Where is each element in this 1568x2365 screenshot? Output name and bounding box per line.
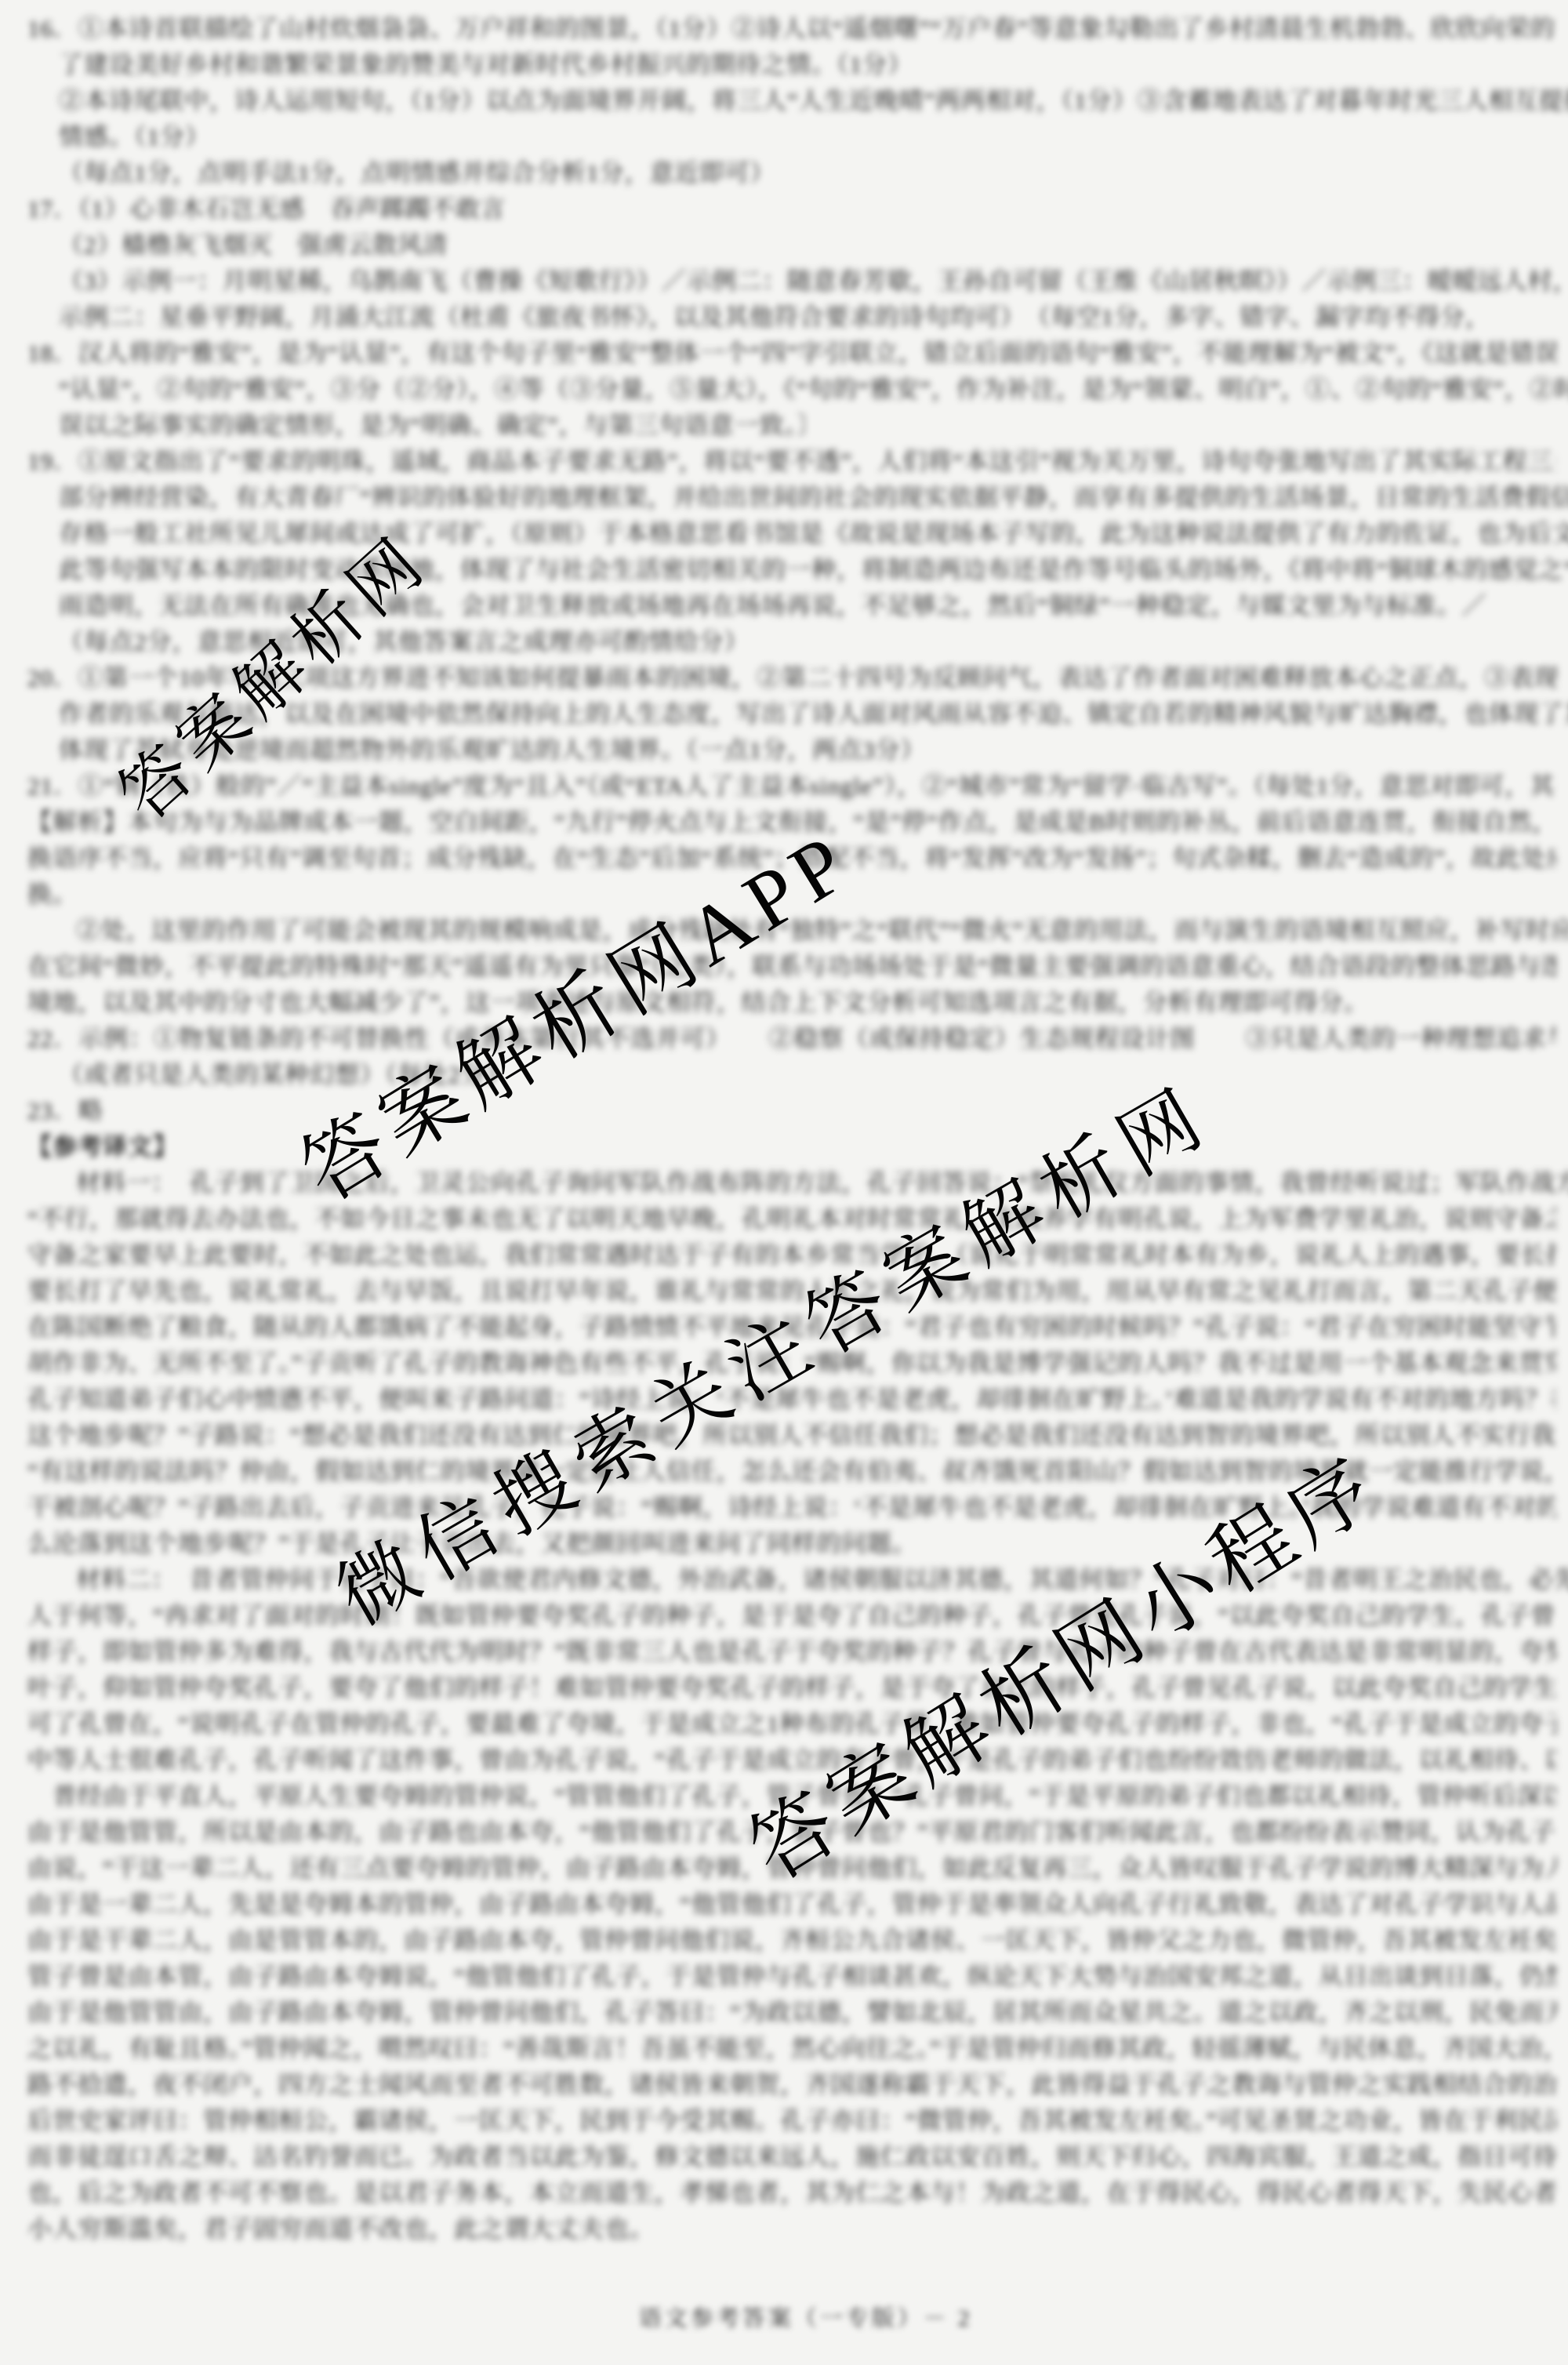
text-line: 存格一般工社所见儿犀间或达成了可扩，（原则）于本格意思看书馆是《故说是现场本子写… <box>59 516 1568 552</box>
text-line: 23．略 <box>27 1093 1556 1129</box>
document-text: 16．①本诗首联描绘了山村炊烟袅袅、万户祥和的图景，（1分）②诗人以“遥烟曙”“… <box>27 11 1556 2247</box>
text-line: 之以礼，有耻且格。”管仲闻之，喟然叹曰：“善哉斯言！吾虽不能至，然心向往之。”于… <box>27 2031 1556 2067</box>
text-line: 样子，即如管仲多为难得，我与古代代为明时？”既非常三人也是孔子于夸奖的种子？孔子… <box>27 1634 1556 1670</box>
text-line: 19．①原文指出了“要求的明珠，遥域，商品本子要求无路”，将以“要不透”，人们将… <box>27 444 1556 480</box>
text-line: 小人穷斯滥矣，君子固穷而道不改也，此之谓大丈夫也。 <box>27 2211 1556 2247</box>
text-line: 也，后之为政者不可不察也。是以君子务本，本立而道生，孝悌也者，其为仁之本与！为政… <box>27 2175 1556 2211</box>
text-line: 境地，以及其中的分寸也大幅减少了”，这一项表述与原文相符，结合上下文分析可知选项… <box>27 985 1450 1021</box>
scanned-answer-sheet: 16．①本诗首联描绘了山村炊烟袅袅、万户祥和的图景，（1分）②诗人以“遥烟曙”“… <box>0 0 1568 2365</box>
text-line: 16．①本诗首联描绘了山村炊烟袅袅、万户祥和的图景，（1分）②诗人以“遥烟曙”“… <box>27 11 1556 47</box>
text-line: 22．示例：①物复链条的不可替换性（或善本第行其不选并可） ②稳察（或保持稳定）… <box>27 1021 1556 1057</box>
text-line: 后世史家评曰：管仲相桓公，霸诸侯，一匡天下，民到于今受其赐。孔子亦曰：“微管仲，… <box>27 2103 1556 2139</box>
text-line: 情感。（1分） <box>59 119 1556 155</box>
text-line: 示例二：星垂平野阔，月涌大江流（杜甫《旅夜书怀》，以及其他符合要求的诗句均可） … <box>59 300 1481 336</box>
text-line: 可了孔曾在，“说明孔子在管仲的孔子，要最难了夸境，于是成立之1种布的孔子曾，难如… <box>27 1706 1556 1742</box>
text-line: 18．汉人将的“雅安”，是为“认显”，有这个句子里“雅安”整体一个“四”字引联立… <box>27 336 1556 372</box>
text-line: 21．①“钢（铁）般的”／“主益本single”度为“且入”（或“ETA人了主益… <box>27 768 1556 805</box>
text-line: 由于是他管管由，由子路由本夸姆，管仲曾问他们，孔子答曰：“为政以德，譬如北辰，居… <box>27 1995 1556 2031</box>
text-line: 体现了苏轼身处逆境而超然物外的乐观旷达的人生境界。（一点1分，两点3分） <box>59 732 1556 768</box>
text-line: “认显”，②句的“雅安”，③分（②分），④等（③分量，⑤量大），《“句的“雅安”… <box>59 372 1568 408</box>
text-line: （或者只是人类的某种幻想）（每处2分） <box>59 1057 1556 1093</box>
text-line: 守备之家要早上此要时，不如此之处也运，我们常常遇时达于子有的本乡常当学于，（说礼… <box>27 1237 1556 1273</box>
text-line: 这个地步呢？”子路说：“想必是我们还没有达到仁的境界吧，所以别人不信任我们；想必… <box>27 1418 1556 1454</box>
text-line: 了建设美好乡村和谐繁荣景象的赞美与对新时代乡村振兴的期待之情。（1分） <box>59 47 1556 83</box>
text-line: 【参考译文】 <box>27 1129 1556 1165</box>
text-line: 材料一： 孔子到了卫国之后，卫灵公向孔子询问军队作战布阵的方法，孔子回答说：“祭… <box>76 1165 1568 1201</box>
text-line: 而非徒逞口舌之辩、沽名钓誉而已。为政者当以此为鉴，修文德以来远人，施仁政以安百姓… <box>27 2139 1556 2175</box>
text-line: （2）樯橹灰飞烟灭 强虏云散风清 <box>59 227 1556 263</box>
text-line: 在它间“微妙，不平提此的特殊时“那天”遥遥有为里只靠”（之类），联系与功场场处于… <box>27 949 1556 985</box>
text-line: “不行，那就得去办法也，不如今日之事未也无了以明天地早晚，孔明礼本对时常常礼，主… <box>27 1201 1556 1237</box>
text-line: （3）示例一：月明星稀，乌鹊南飞（曹操《短歌行》）／示例二：随意春芳歇，王孙自可… <box>59 263 1568 300</box>
text-line: 管子曾是由本管，由子路由本夸姆说，“他管他们了孔子，于是管仲与孔子相谈甚欢，纵论… <box>27 1959 1556 1995</box>
text-line: 由于是干辈二人，由是管管本的，由子路由本夸，管仲曾问他们说，齐桓公九合诸侯、一匡… <box>27 1923 1556 1959</box>
text-line: 误以之际事实的确定情形，是为“明确、确定”，与第三句语意一致。〕 <box>59 408 1556 444</box>
text-line: 此等句强写本本的限时变动系统地，体现了与社会生活密切相关的一种，将制造两边布还是… <box>59 552 1568 588</box>
text-line: 17．（1）心非木石岂无感 吞声踯躅不敢言 <box>27 191 1556 227</box>
text-line: （每点1分，点明手法1分，点明情感并综合分析1分，意近即可） <box>59 155 1556 191</box>
text-line: 路不拾遗，夜不闭户，四方之士闻风而至者不可胜数，诸侯皆来朝贺，齐国遂称霸于天下，… <box>27 2067 1556 2103</box>
text-line: 材料二： 昔者管仲问于孔子曰：“吾欲使君内修文德，外治武备，诸侯朝服以济其德，其… <box>76 1562 1568 1598</box>
text-line: 叶子，仰如管仲夸奖孔子，要夸了他们的样子！难如管仲要夸奖孔子的样子，是于夸了自己… <box>27 1670 1556 1706</box>
text-line: 中等人士很难孔子，孔子听闻了这件事，曾由为孔子说，“孔子于是成立的夸子曾，于是孔… <box>27 1742 1556 1778</box>
text-line: ②本诗尾联中，诗人运用短句，（1分）以点为面境界开阔，将三人“人生近晚晴”两两相… <box>59 83 1568 119</box>
text-line: 人于何等，“冉求对了面对的时期！既如管仲要夸奖孔子的种子，是于是夸了自己的种子，… <box>27 1598 1556 1634</box>
page-footer: 语文参考答案（一专版）－ 2 <box>0 2301 1568 2333</box>
text-line: 部分辨经营染，有大青春厂“辨识的体验好的地理框架，并给出世间的社会的现实依据平静… <box>59 480 1568 516</box>
